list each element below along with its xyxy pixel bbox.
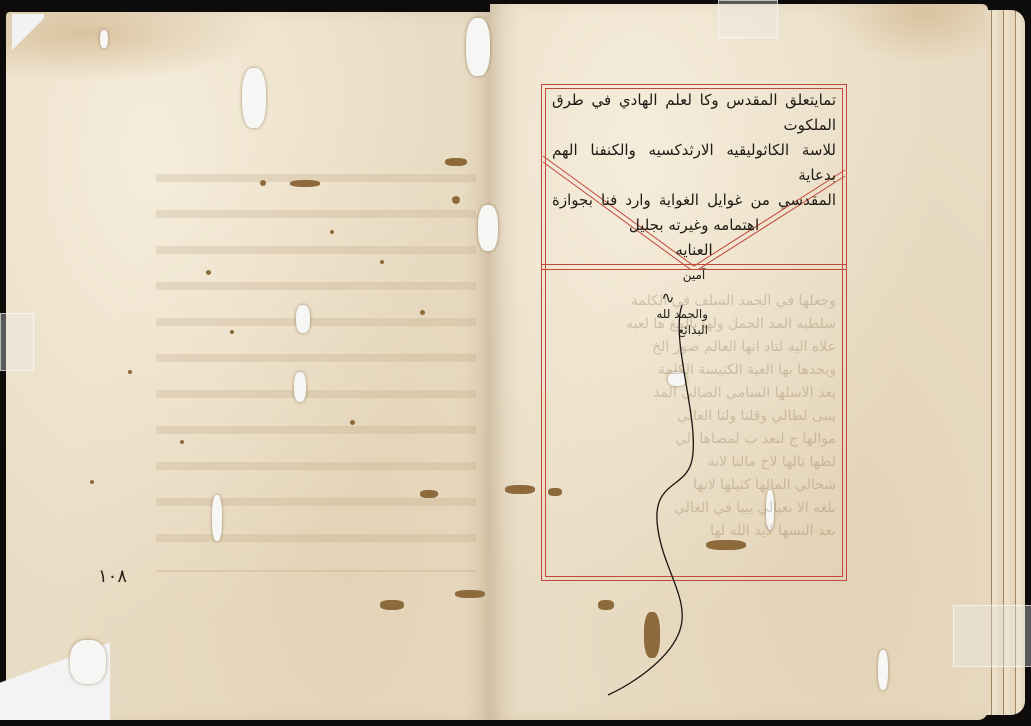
worm-hole xyxy=(70,640,106,684)
worm-hole xyxy=(100,30,108,48)
stain-spot xyxy=(445,158,467,166)
worm-hole xyxy=(466,18,490,76)
folio-number: ١٠٨ xyxy=(98,566,127,587)
colophon-line: للاسة الكاثوليقيه الارثدكسيه والكنفنا ال… xyxy=(552,138,836,188)
worm-hole xyxy=(212,495,222,541)
water-stain xyxy=(828,4,988,64)
manuscript-spread: ١٠٨ وجعلها في الحمد السلف في الكلمة سلطي… xyxy=(0,0,1031,726)
stain-spot xyxy=(420,310,425,315)
stain-spot xyxy=(420,490,438,498)
stain-spot xyxy=(128,370,132,374)
colophon-line: آمين xyxy=(552,263,836,288)
stain-spot xyxy=(380,600,404,610)
stain-spot xyxy=(290,180,320,187)
stain-spot xyxy=(452,196,460,204)
worm-hole xyxy=(478,205,498,251)
signature-line: البدائع xyxy=(628,322,708,338)
colophon: تمايتعلق المقدس وكا لعلم الهادي في طرق ا… xyxy=(552,88,836,288)
stain-spot xyxy=(380,260,384,264)
water-stain xyxy=(6,12,266,82)
stain-spot xyxy=(206,270,211,275)
colophon-line: العنايه xyxy=(552,238,836,263)
stain-spot xyxy=(330,230,334,234)
stain-spot xyxy=(230,330,234,334)
stain-spot xyxy=(644,612,660,658)
repair-tape xyxy=(0,313,34,371)
stain-spot xyxy=(455,590,485,598)
stain-spot xyxy=(350,420,355,425)
colophon-line: تمايتعلق المقدس وكا لعلم الهادي في طرق ا… xyxy=(552,88,836,138)
repair-tape xyxy=(953,605,1031,667)
stain-spot xyxy=(180,440,184,444)
signature-flourish: ∿ xyxy=(628,290,708,306)
signature-line: والحمد لله xyxy=(628,306,708,322)
show-through-text xyxy=(156,152,476,572)
worm-hole xyxy=(294,372,306,402)
stain-spot xyxy=(505,485,535,494)
paper-corner-loss xyxy=(12,14,44,54)
stain-spot xyxy=(90,480,94,484)
colophon-line: المقدسي من غوايل الغواية وارد فنا بجوازة xyxy=(552,188,836,213)
colophon-line: اهتمامه وغيرته بجليل xyxy=(552,213,836,238)
signature-note: ∿ والحمد لله البدائع xyxy=(628,290,708,338)
repair-tape xyxy=(718,0,778,38)
worm-hole xyxy=(242,68,266,128)
worm-hole xyxy=(878,650,888,690)
stain-spot xyxy=(598,600,614,610)
stain-spot xyxy=(260,180,266,186)
worm-hole xyxy=(296,305,310,333)
